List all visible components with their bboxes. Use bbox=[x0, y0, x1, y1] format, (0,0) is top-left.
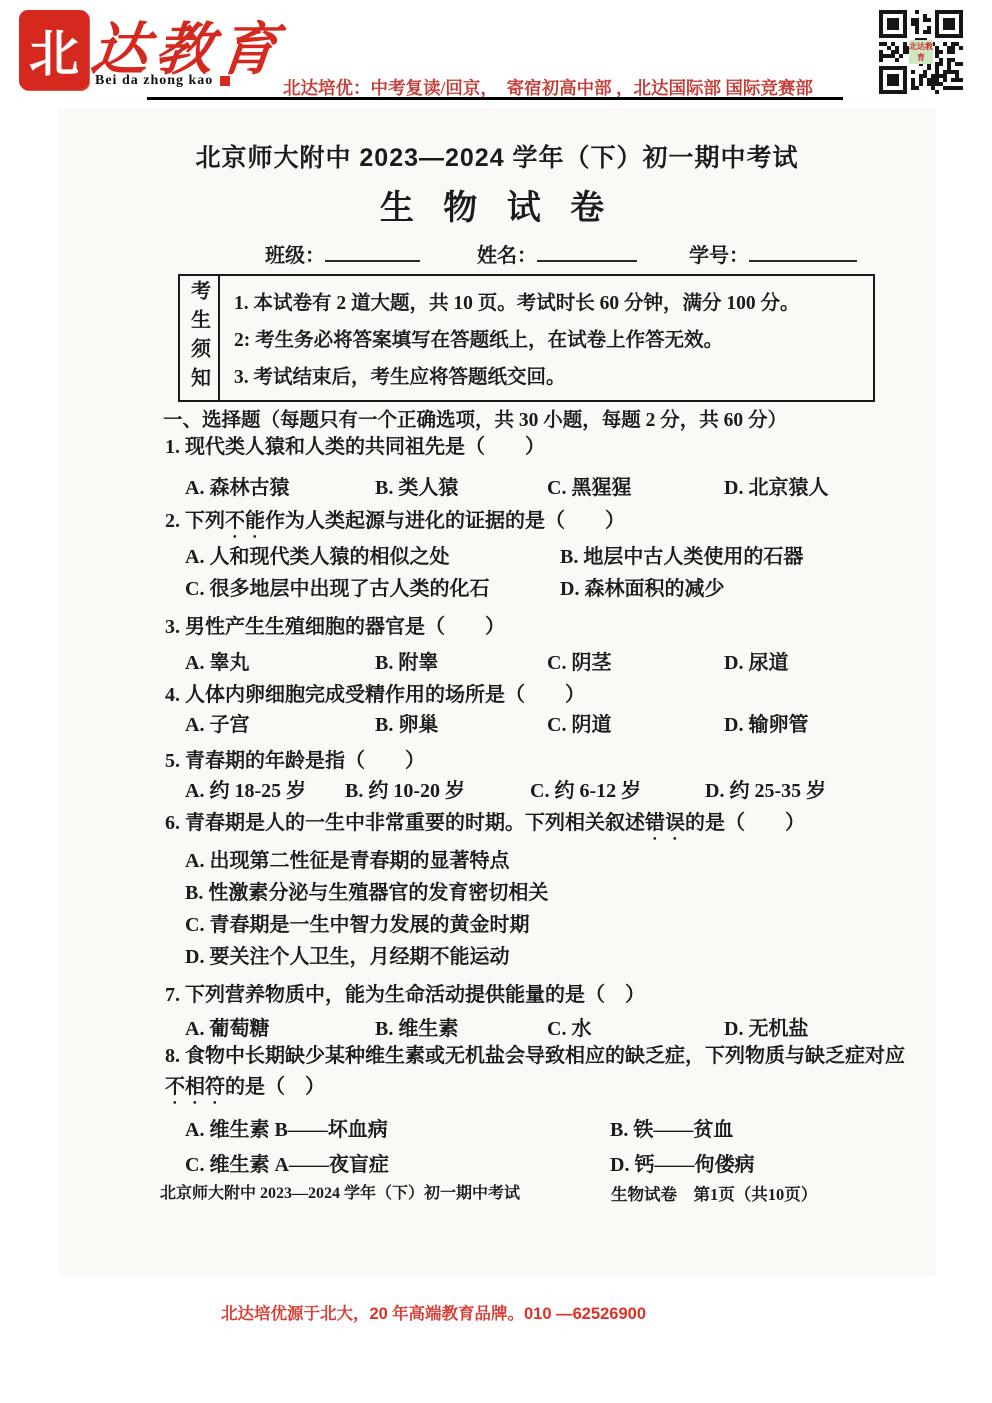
option: A. 维生素 B——坏血病 bbox=[185, 1113, 610, 1148]
option: A. 睾丸 bbox=[185, 646, 375, 675]
question-8-text: 8. 食物中长期缺少某种维生素或无机盐会导致相应的缺乏症，下列物质与缺乏症对应不… bbox=[165, 1041, 923, 1109]
notice-side-label: 考生须知 bbox=[185, 280, 214, 396]
ad-footer-years: 20 bbox=[370, 1305, 388, 1323]
question-5-options: A. 约 18-25 岁 B. 约 10-20 岁 C. 约 6-12 岁 D.… bbox=[185, 774, 933, 803]
question-text-part: 5. 青春期的年龄是指（ ） bbox=[165, 750, 425, 772]
option: B. 附睾 bbox=[375, 646, 547, 675]
option: D. 无机盐 bbox=[724, 1012, 933, 1041]
notice-item: 3. 考试结束后，考生应将答题纸交回。 bbox=[234, 361, 869, 389]
question-text-part: 的是（ ） bbox=[225, 1076, 325, 1098]
option: B. 类人猿 bbox=[375, 471, 547, 500]
red-square-icon bbox=[220, 76, 230, 86]
question-8-options: A. 维生素 B——坏血病 B. 铁——贫血 C. 维生素 A——夜盲症 D. … bbox=[185, 1113, 933, 1183]
question-6-text: 6. 青春期是人的一生中非常重要的时期。下列相关叙述错误的是（ ） bbox=[165, 806, 805, 845]
option: C. 黑猩猩 bbox=[547, 471, 724, 500]
question-text-part: 8. 食物中长期缺少某种维生素或无机盐会导致相应的缺乏症，下列物质与缺乏症对应 bbox=[165, 1045, 905, 1067]
header-divider bbox=[147, 97, 843, 100]
ad-footer-text: 北达培优源于北大， bbox=[221, 1304, 370, 1323]
option: A. 人和现代类人猿的相似之处 bbox=[185, 541, 560, 573]
question-6-options: A. 出现第二性征是青春期的显著特点 B. 性激素分泌与生殖器官的发育密切相关 … bbox=[185, 845, 933, 973]
option: D. 尿道 bbox=[724, 646, 933, 675]
question-2-options: A. 人和现代类人猿的相似之处 B. 地层中古人类使用的石器 C. 很多地层中出… bbox=[185, 541, 933, 605]
option: D. 要关注个人卫生，月经期不能运动 bbox=[185, 941, 933, 973]
qr-center-label: 北达教育 bbox=[909, 40, 933, 64]
question-7-options: A. 葡萄糖 B. 维生素 C. 水 D. 无机盐 bbox=[185, 1012, 933, 1041]
logo-seal: 北 bbox=[21, 12, 87, 88]
question-text-part: 1. 现代类人猿和人类的共同祖先是（ ） bbox=[165, 436, 545, 458]
question-text-emphasis: 不能 bbox=[225, 510, 265, 532]
option: C. 青春期是一生中智力发展的黄金时期 bbox=[185, 909, 933, 941]
question-text-part: 3. 男性产生生殖细胞的器官是（ ） bbox=[165, 616, 505, 638]
option: B. 性激素分泌与生殖器官的发育密切相关 bbox=[185, 877, 933, 909]
page-footer-left: 北京师大附中 2023—2024 学年（下）初一期中考试 bbox=[160, 1180, 520, 1203]
ad-footer-phone: 010 —62526900 bbox=[524, 1305, 646, 1323]
option: B. 地层中古人类使用的石器 bbox=[560, 541, 933, 573]
notice-side-label-cell: 考生须知 bbox=[180, 276, 220, 400]
notice-item: 1. 本试卷有 2 道大题，共 10 页。考试时长 60 分钟，满分 100 分… bbox=[234, 287, 869, 315]
option: A. 子宫 bbox=[185, 708, 375, 737]
option: B. 卵巢 bbox=[375, 708, 547, 737]
exam-subject-title: 生 物 试 卷 bbox=[58, 180, 936, 229]
option: C. 水 bbox=[547, 1012, 724, 1041]
question-text-part: 4. 人体内卵细胞完成受精作用的场所是（ ） bbox=[165, 684, 585, 706]
notice-body: 1. 本试卷有 2 道大题，共 10 页。考试时长 60 分钟，满分 100 分… bbox=[220, 276, 873, 400]
student-id-blank bbox=[749, 246, 857, 262]
question-3-text: 3. 男性产生生殖细胞的器官是（ ） bbox=[165, 610, 505, 639]
question-text-part: 6. 青春期是人的一生中非常重要的时期。下列相关叙述 bbox=[165, 812, 645, 834]
ad-footer-text: 年高端教育品牌。 bbox=[388, 1304, 524, 1323]
option: D. 输卵管 bbox=[724, 708, 933, 737]
question-text-emphasis: 错误 bbox=[645, 812, 685, 834]
question-3-options: A. 睾丸 B. 附睾 C. 阴茎 D. 尿道 bbox=[185, 646, 933, 675]
section-heading: 一、选择题（每题只有一个正确选项，共 30 小题，每题 2 分，共 60 分） bbox=[163, 404, 787, 432]
question-1-text: 1. 现代类人猿和人类的共同祖先是（ ） bbox=[165, 430, 545, 459]
ad-footer: 北达培优源于北大，20 年高端教育品牌。010 —62526900 bbox=[221, 1300, 646, 1324]
option: C. 维生素 A——夜盲症 bbox=[185, 1148, 610, 1183]
option: D. 森林面积的减少 bbox=[560, 573, 933, 605]
name-label: 姓名： bbox=[477, 245, 537, 267]
student-info-row: 班级：姓名：学号： bbox=[265, 239, 857, 268]
student-id-label: 学号： bbox=[689, 245, 749, 267]
logo-seal-char: 北 bbox=[29, 14, 79, 86]
question-5-text: 5. 青春期的年龄是指（ ） bbox=[165, 744, 425, 773]
option: A. 森林古猿 bbox=[185, 471, 375, 500]
question-2-text: 2. 下列不能作为人类起源与进化的证据的是（ ） bbox=[165, 504, 625, 543]
option: B. 维生素 bbox=[375, 1012, 547, 1041]
class-blank bbox=[325, 246, 420, 262]
question-text-part: 作为人类起源与进化的证据的是（ ） bbox=[265, 510, 625, 532]
question-text-part: 2. 下列 bbox=[165, 510, 225, 532]
question-text-emphasis: 不相符 bbox=[165, 1076, 225, 1098]
option: C. 约 6-12 岁 bbox=[530, 774, 705, 803]
option: B. 约 10-20 岁 bbox=[345, 774, 530, 803]
option: C. 阴茎 bbox=[547, 646, 724, 675]
question-4-options: A. 子宫 B. 卵巢 C. 阴道 D. 输卵管 bbox=[185, 708, 933, 737]
logo-subtext: Bei da zhong kao bbox=[95, 73, 230, 89]
question-text-part: 的是（ ） bbox=[685, 812, 805, 834]
question-text-part: 7. 下列营养物质中，能为生命活动提供能量的是（ ） bbox=[165, 984, 645, 1006]
notice-box: 考生须知 1. 本试卷有 2 道大题，共 10 页。考试时长 60 分钟，满分 … bbox=[178, 274, 875, 402]
page-footer-right: 生物试卷 第1页（共10页） bbox=[611, 1181, 817, 1205]
option: B. 铁——贫血 bbox=[610, 1113, 933, 1148]
option: D. 北京猿人 bbox=[724, 471, 933, 500]
option: D. 约 25-35 岁 bbox=[705, 774, 933, 803]
notice-item: 2: 考生务必将答案填写在答题纸上，在试卷上作答无效。 bbox=[234, 324, 869, 352]
option: C. 阴道 bbox=[547, 708, 724, 737]
option: A. 葡萄糖 bbox=[185, 1012, 375, 1041]
option: C. 很多地层中出现了古人类的化石 bbox=[185, 573, 560, 605]
name-blank bbox=[537, 246, 637, 262]
logo-subtext-label: Bei da zhong kao bbox=[95, 73, 213, 89]
option: D. 钙——佝偻病 bbox=[610, 1148, 933, 1183]
question-1-options: A. 森林古猿 B. 类人猿 C. 黑猩猩 D. 北京猿人 bbox=[185, 471, 933, 500]
question-7-text: 7. 下列营养物质中，能为生命活动提供能量的是（ ） bbox=[165, 978, 645, 1007]
exam-title: 北京师大附中 2023—2024 学年（下）初一期中考试 bbox=[58, 138, 936, 174]
option: A. 约 18-25 岁 bbox=[185, 774, 345, 803]
question-4-text: 4. 人体内卵细胞完成受精作用的场所是（ ） bbox=[165, 678, 585, 707]
class-label: 班级： bbox=[265, 245, 325, 267]
option: A. 出现第二性征是青春期的显著特点 bbox=[185, 845, 933, 877]
